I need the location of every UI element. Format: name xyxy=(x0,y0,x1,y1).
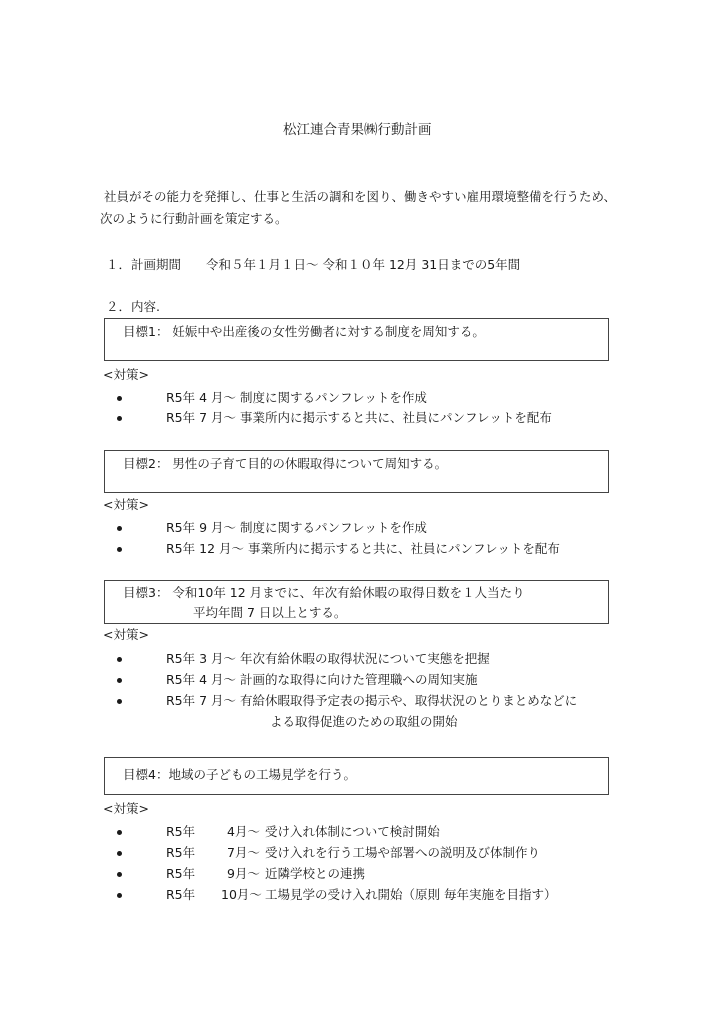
section1-label: １．計画期間 xyxy=(106,257,181,273)
bullet-icon xyxy=(117,851,122,856)
goal-4-measure-1-year: R5年 xyxy=(166,824,195,840)
goal-1-text: 目標1： 妊娠中や出産後の女性労働者に対する制度を周知する。 xyxy=(123,324,485,340)
goal-4-measure-1-month: 4月～ xyxy=(227,824,260,840)
bullet-icon xyxy=(117,830,122,835)
goal-2-measures-label: <対策> xyxy=(103,497,149,513)
goal-4-text: 目標4：地域の子どもの工場見学を行う。 xyxy=(123,767,356,783)
goal-2-text: 目標2： 男性の子育て目的の休暇取得について周知する。 xyxy=(123,456,447,472)
goal-3-measure-3-continuation: よる取得促進のための取組の開始 xyxy=(270,714,458,730)
goal-4-box: 目標4：地域の子どもの工場見学を行う。 xyxy=(104,757,609,795)
bullet-icon xyxy=(117,872,122,877)
goal-2-measure-1: R5年 9 月～ 制度に関するパンフレットを作成 xyxy=(166,520,427,536)
bullet-icon xyxy=(117,657,122,662)
document-title: 松江連合青果㈱行動計画 xyxy=(283,122,432,138)
goal-3-box: 目標3： 令和10年 12 月までに、年次有給休暇の取得日数を１人当たり 平均年… xyxy=(104,580,609,624)
bullet-icon xyxy=(117,396,122,401)
goal-4-measure-2-text: 受け入れを行う工場や部署への説明及び体制作り xyxy=(265,845,540,861)
intro-line-2: 次のように行動計画を策定する。 xyxy=(100,211,288,227)
bullet-icon xyxy=(117,893,122,898)
goal-4-measure-2-month: 7月～ xyxy=(227,845,260,861)
bullet-icon xyxy=(117,678,122,683)
goal-2-measure-2: R5年 12 月～ 事業所内に掲示すると共に、社員にパンフレットを配布 xyxy=(166,541,560,557)
goal-4-measure-4-month: 10月～ xyxy=(221,887,262,903)
bullet-icon xyxy=(117,416,122,421)
goal-3-measures-label: <対策> xyxy=(103,627,149,643)
goal-4-measure-4-year: R5年 xyxy=(166,887,195,903)
bullet-icon xyxy=(117,526,122,531)
goal-3-text-line-1: 目標3： 令和10年 12 月までに、年次有給休暇の取得日数を１人当たり xyxy=(123,585,525,601)
goal-4-measure-2-year: R5年 xyxy=(166,845,195,861)
goal-1-measures-label: <対策> xyxy=(103,367,149,383)
goal-2-box: 目標2： 男性の子育て目的の休暇取得について周知する。 xyxy=(104,450,609,493)
goal-3-measure-2: R5年 4 月～ 計画的な取得に向けた管理職への周知実施 xyxy=(166,672,478,688)
goal-4-measure-3-month: 9月～ xyxy=(227,866,260,882)
goal-1-box: 目標1： 妊娠中や出産後の女性労働者に対する制度を周知する。 xyxy=(104,318,609,361)
goal-3-text-line-2: 平均年間 7 日以上とする。 xyxy=(193,605,346,621)
goal-4-measures-label: <対策> xyxy=(103,801,149,817)
goal-3-measure-1: R5年 3 月～ 年次有給休暇の取得状況について実態を把握 xyxy=(166,651,490,667)
bullet-icon xyxy=(117,699,122,704)
plan-period: 令和５年１月１日～ 令和１０年 12月 31日までの5年間 xyxy=(206,257,520,273)
bullet-icon xyxy=(117,547,122,552)
intro-line-1: 社員がその能力を発揮し、仕事と生活の調和を図り、働きやすい雇用環境整備を行うため… xyxy=(104,189,616,205)
goal-4-measure-4-text: 工場見学の受け入れ開始（原則 毎年実施を目指す） xyxy=(265,887,556,903)
goal-1-measure-1: R5年 4 月～ 制度に関するパンフレットを作成 xyxy=(166,390,427,406)
goal-3-measure-3: R5年 7 月～ 有給休暇取得予定表の掲示や、取得状況のとりまとめなどに xyxy=(166,693,577,709)
goal-4-measure-1-text: 受け入れ体制について検討開始 xyxy=(265,824,440,840)
goal-4-measure-3-year: R5年 xyxy=(166,866,195,882)
goal-1-measure-2: R5年 7 月～ 事業所内に掲示すると共に、社員にパンフレットを配布 xyxy=(166,410,552,426)
section2-label: ２．内容. xyxy=(106,299,160,315)
goal-4-measure-3-text: 近隣学校との連携 xyxy=(265,866,365,882)
